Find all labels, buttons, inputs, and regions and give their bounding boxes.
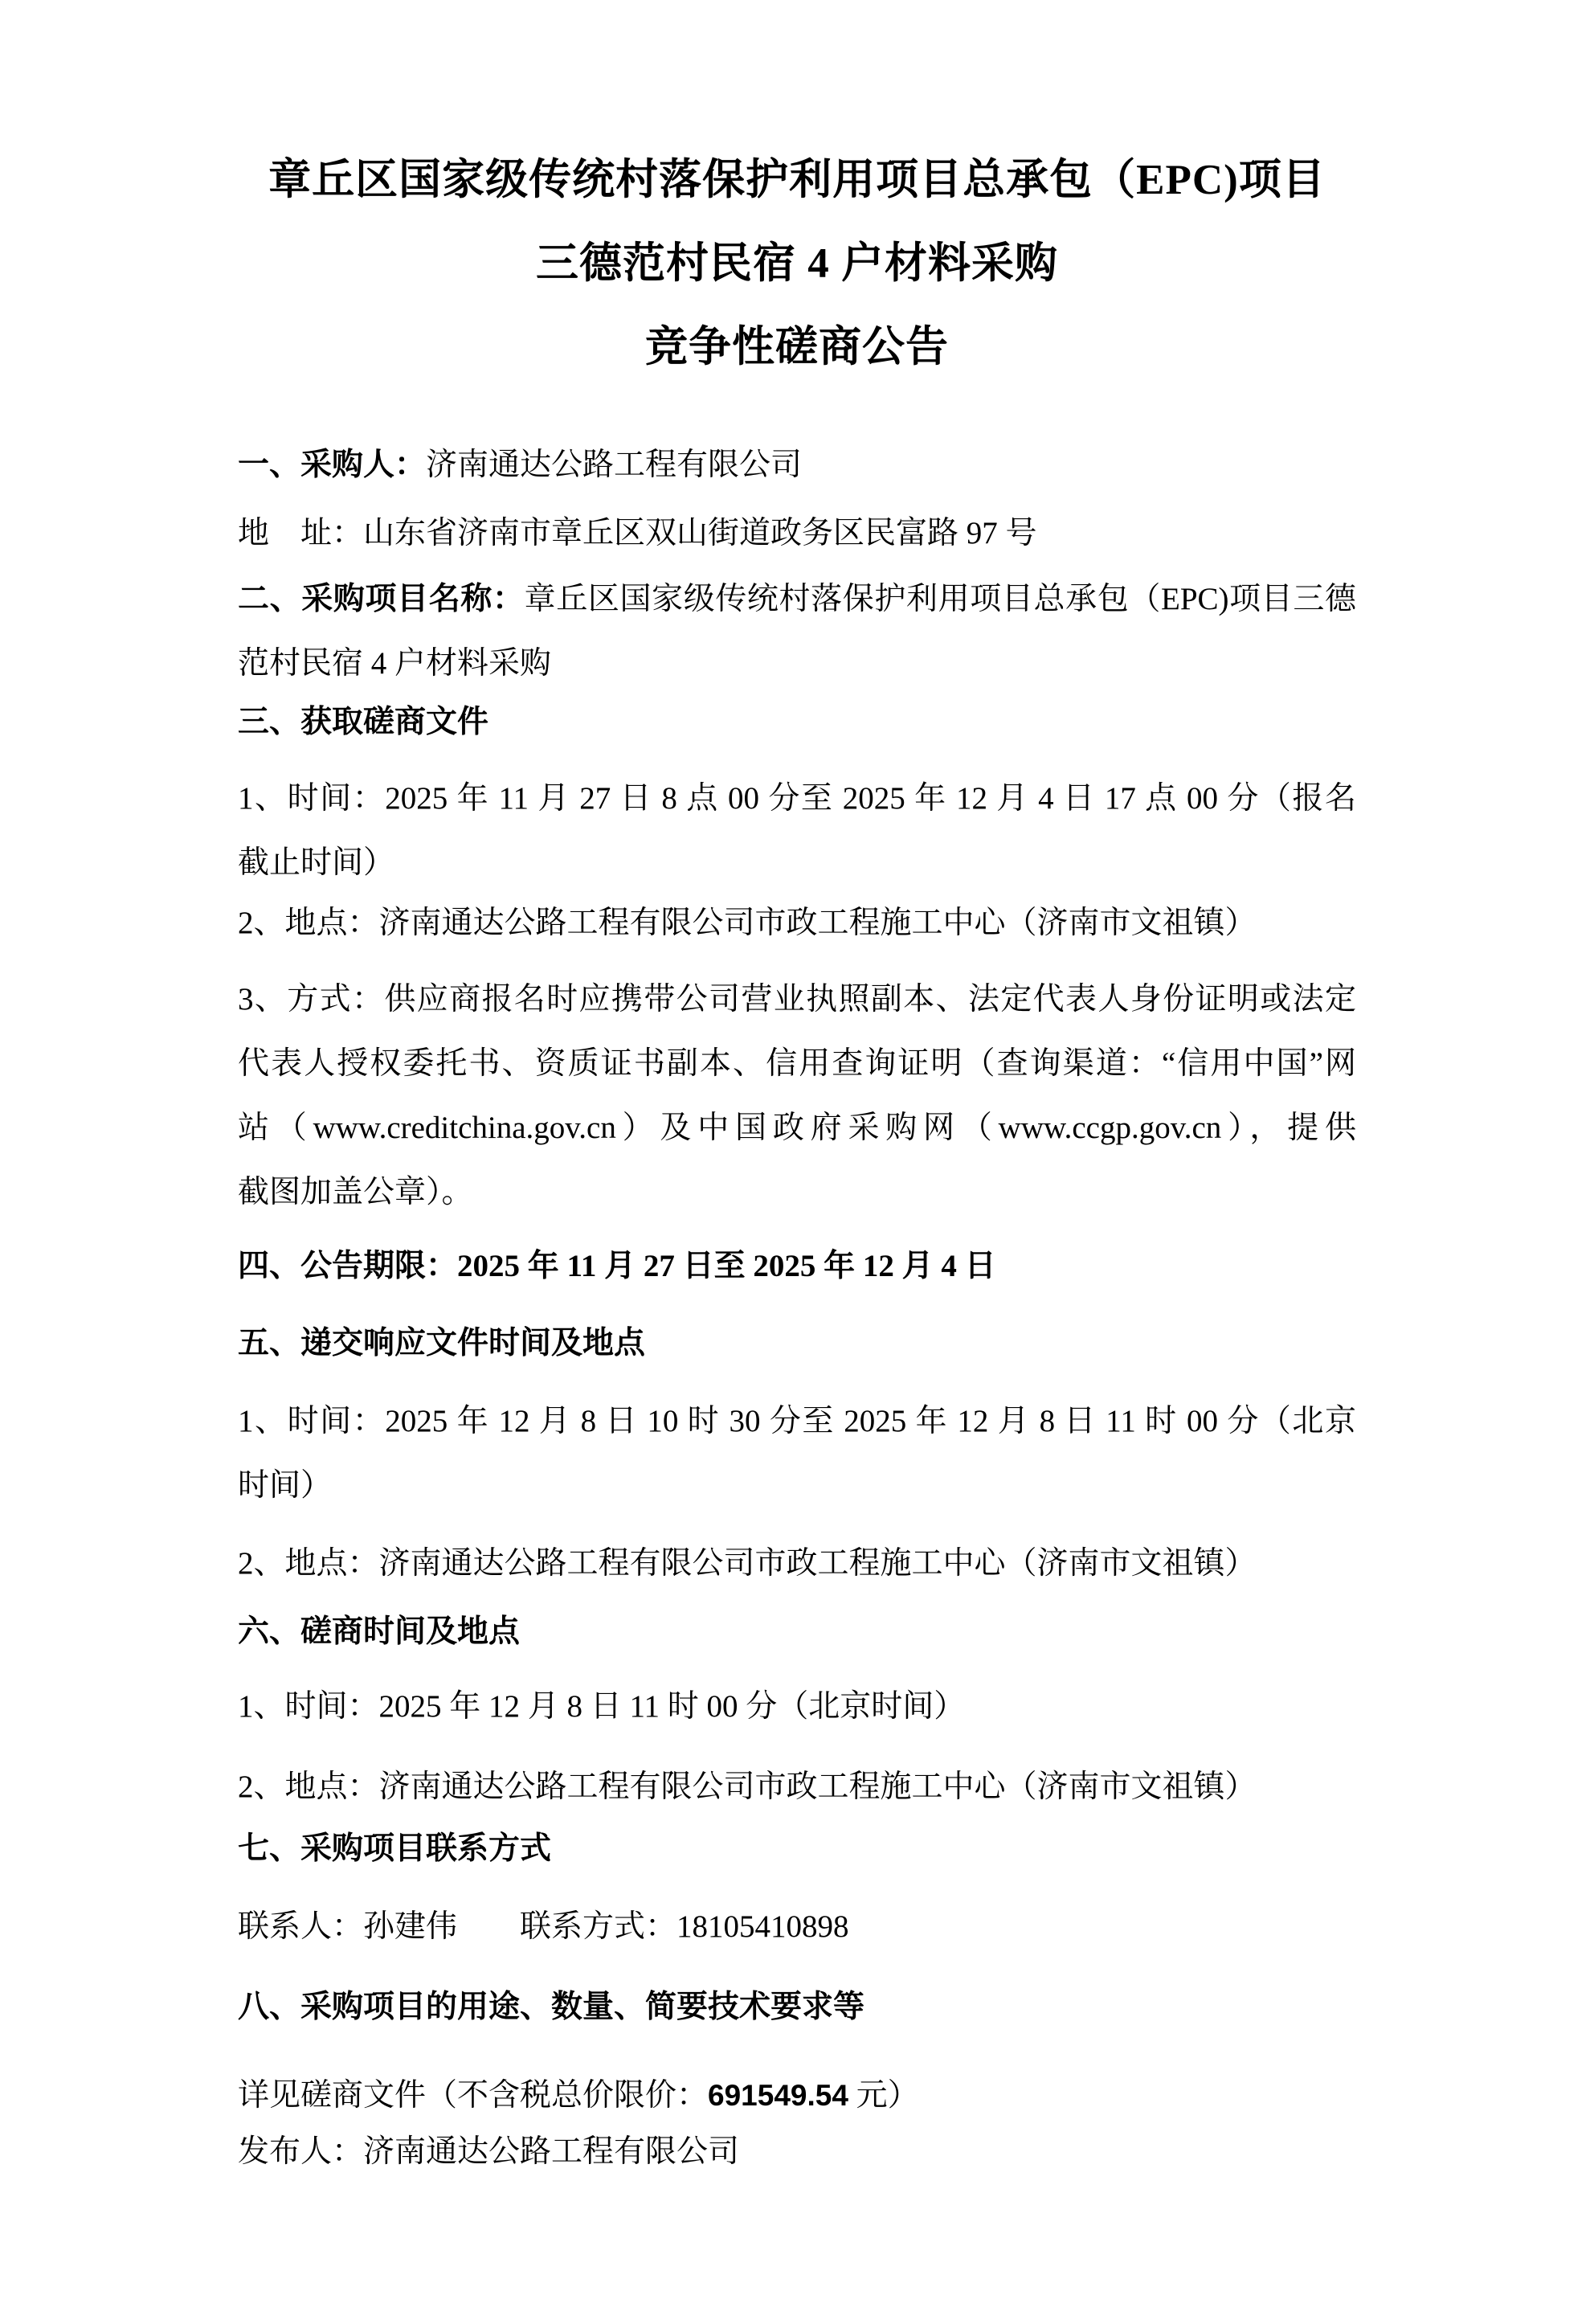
text-run: 详见磋商文件（不含税总价限价： (238, 2078, 708, 2113)
text-run: 1、时间：2025 年 12 月 8 日 11 时 00 分（北京时间） (238, 1689, 965, 1724)
document-page: 章丘区国家级传统村落保护利用项目总承包（EPC)项目 三德范村民宿 4 户材料采… (0, 0, 1594, 2324)
text-run: 2、地点：济南通达公路工程有限公司市政工程施工中心（济南市文祖镇） (238, 1770, 1257, 1804)
text-run: 济南通达公路工程有限公司 (426, 448, 802, 482)
text-line: 1、时间：2025 年 11 月 27 日 8 点 00 分至 2025 年 1… (238, 767, 1356, 831)
paragraph-section-5-heading: 五、递交响应文件时间及地点 (238, 1311, 1356, 1376)
text-line: 截图加盖公章）。 (238, 1160, 1356, 1225)
text-line: 截止时间） (238, 831, 1356, 895)
text-line: 地 址：山东省济南市章丘区双山街道政务区民富路 97 号 (238, 501, 1356, 566)
text-run: 截止时间） (238, 845, 394, 880)
text-run: 范村民宿 4 户材料采购 (238, 646, 551, 681)
text-line: 联系人：孙建伟 联系方式：18105410898 (238, 1895, 1356, 1959)
text-run: 截图加盖公章）。 (238, 1175, 473, 1209)
text-run: 2、地点：济南通达公路工程有限公司市政工程施工中心（济南市文祖镇） (238, 906, 1257, 940)
bold-text-run: 五、递交响应文件时间及地点 (238, 1326, 645, 1360)
document-title-line3: 竞争性磋商公告 (238, 305, 1356, 389)
paragraph-section-6-place: 2、地点：济南通达公路工程有限公司市政工程施工中心（济南市文祖镇） (238, 1755, 1356, 1819)
text-line: 时间） (238, 1454, 1356, 1518)
paragraph-buyer-address: 地 址：山东省济南市章丘区双山街道政务区民富路 97 号 (238, 501, 1356, 566)
text-line: 代表人授权委托书、资质证书副本、信用查询证明（查询渠道：“信用中国”网 (238, 1032, 1356, 1096)
text-line: 2、地点：济南通达公路工程有限公司市政工程施工中心（济南市文祖镇） (238, 1532, 1356, 1596)
text-line: 2、地点：济南通达公路工程有限公司市政工程施工中心（济南市文祖镇） (238, 891, 1356, 955)
text-line: 六、磋商时间及地点 (238, 1600, 1356, 1664)
document-title: 章丘区国家级传统村落保护利用项目总承包（EPC)项目 三德范村民宿 4 户材料采… (238, 138, 1356, 389)
text-run: 联系人：孙建伟 联系方式：18105410898 (238, 1909, 849, 1944)
paragraph-section-6-heading: 六、磋商时间及地点 (238, 1600, 1356, 1664)
text-line: 3、方式：供应商报名时应携带公司营业执照副本、法定代表人身份证明或法定 (238, 968, 1356, 1032)
document-content: 章丘区国家级传统村落保护利用项目总承包（EPC)项目 三德范村民宿 4 户材料采… (238, 0, 1356, 2184)
text-line: 2、地点：济南通达公路工程有限公司市政工程施工中心（济南市文祖镇） (238, 1755, 1356, 1819)
text-line: 1、时间：2025 年 12 月 8 日 11 时 00 分（北京时间） (238, 1675, 1356, 1739)
text-run: 地 址：山东省济南市章丘区双山街道政务区民富路 97 号 (238, 516, 1037, 550)
paragraph-publisher: 发布人：济南通达公路工程有限公司 (238, 2120, 1356, 2184)
paragraph-section-3-place: 2、地点：济南通达公路工程有限公司市政工程施工中心（济南市文祖镇） (238, 891, 1356, 955)
document-title-line2: 三德范村民宿 4 户材料采购 (238, 222, 1356, 305)
text-line: 三、获取磋商文件 (238, 690, 1356, 755)
text-run: 3、方式：供应商报名时应携带公司营业执照副本、法定代表人身份证明或法定 (238, 982, 1356, 1017)
paragraph-section-4-notice-period: 四、公告期限：2025 年 11 月 27 日至 2025 年 12 月 4 日 (238, 1234, 1356, 1299)
text-run: 元） (848, 2078, 919, 2113)
text-run: 发布人：济南通达公路工程有限公司 (238, 2134, 739, 2169)
text-line: 1、时间：2025 年 12 月 8 日 10 时 30 分至 2025 年 1… (238, 1389, 1356, 1454)
text-run: 1、时间：2025 年 12 月 8 日 10 时 30 分至 2025 年 1… (238, 1404, 1356, 1438)
paragraph-section-3-heading: 三、获取磋商文件 (238, 690, 1356, 755)
paragraph-section-8-heading: 八、采购项目的用途、数量、简要技术要求等 (238, 1975, 1356, 2040)
document-body: 一、采购人：济南通达公路工程有限公司地 址：山东省济南市章丘区双山街道政务区民富… (238, 433, 1356, 2184)
text-run: 章丘区国家级传统村落保护利用项目总承包（EPC)项目三德 (525, 582, 1356, 616)
text-line: 八、采购项目的用途、数量、简要技术要求等 (238, 1975, 1356, 2040)
text-line: 一、采购人：济南通达公路工程有限公司 (238, 433, 1356, 497)
paragraph-price-limit: 详见磋商文件（不含税总价限价：691549.54 元） (238, 2064, 1356, 2128)
text-run: 2、地点：济南通达公路工程有限公司市政工程施工中心（济南市文祖镇） (238, 1546, 1257, 1581)
text-run: 站（www.creditchina.gov.cn）及中国政府采购网（www.cc… (238, 1111, 1356, 1145)
paragraph-buyer: 一、采购人：济南通达公路工程有限公司 (238, 433, 1356, 497)
text-line: 站（www.creditchina.gov.cn）及中国政府采购网（www.cc… (238, 1096, 1356, 1160)
paragraph-project-name: 二、采购项目名称：章丘区国家级传统村落保护利用项目总承包（EPC)项目三德范村民… (238, 567, 1356, 696)
text-line: 范村民宿 4 户材料采购 (238, 632, 1356, 696)
paragraph-section-7-heading: 七、采购项目联系方式 (238, 1817, 1356, 1881)
text-run: 时间） (238, 1468, 332, 1503)
bold-text-run: 七、采购项目联系方式 (238, 1831, 551, 1866)
bold-text-run: 一、采购人： (238, 448, 426, 482)
paragraph-section-6-time: 1、时间：2025 年 12 月 8 日 11 时 00 分（北京时间） (238, 1675, 1356, 1739)
paragraph-section-3-time: 1、时间：2025 年 11 月 27 日 8 点 00 分至 2025 年 1… (238, 767, 1356, 895)
text-line: 发布人：济南通达公路工程有限公司 (238, 2120, 1356, 2184)
text-line: 四、公告期限：2025 年 11 月 27 日至 2025 年 12 月 4 日 (238, 1234, 1356, 1299)
text-line: 二、采购项目名称：章丘区国家级传统村落保护利用项目总承包（EPC)项目三德 (238, 567, 1356, 632)
bold-text-run: 二、采购项目名称： (238, 582, 525, 616)
paragraph-contact: 联系人：孙建伟 联系方式：18105410898 (238, 1895, 1356, 1959)
text-run: 1、时间：2025 年 11 月 27 日 8 点 00 分至 2025 年 1… (238, 781, 1356, 816)
paragraph-section-5-time: 1、时间：2025 年 12 月 8 日 10 时 30 分至 2025 年 1… (238, 1389, 1356, 1518)
text-line: 七、采购项目联系方式 (238, 1817, 1356, 1881)
paragraph-section-5-place: 2、地点：济南通达公路工程有限公司市政工程施工中心（济南市文祖镇） (238, 1532, 1356, 1596)
bold-text-run: 691549.54 (708, 2079, 848, 2112)
document-title-line1: 章丘区国家级传统村落保护利用项目总承包（EPC)项目 (238, 138, 1356, 222)
bold-text-run: 六、磋商时间及地点 (238, 1614, 520, 1649)
bold-text-run: 八、采购项目的用途、数量、简要技术要求等 (238, 1990, 864, 2024)
text-line: 详见磋商文件（不含税总价限价：691549.54 元） (238, 2064, 1356, 2128)
text-run: 代表人授权委托书、资质证书副本、信用查询证明（查询渠道：“信用中国”网 (238, 1046, 1356, 1081)
text-line: 五、递交响应文件时间及地点 (238, 1311, 1356, 1376)
paragraph-section-3-method: 3、方式：供应商报名时应携带公司营业执照副本、法定代表人身份证明或法定代表人授权… (238, 968, 1356, 1225)
bold-text-run: 三、获取磋商文件 (238, 705, 488, 739)
bold-text-run: 四、公告期限：2025 年 11 月 27 日至 2025 年 12 月 4 日 (238, 1249, 996, 1283)
